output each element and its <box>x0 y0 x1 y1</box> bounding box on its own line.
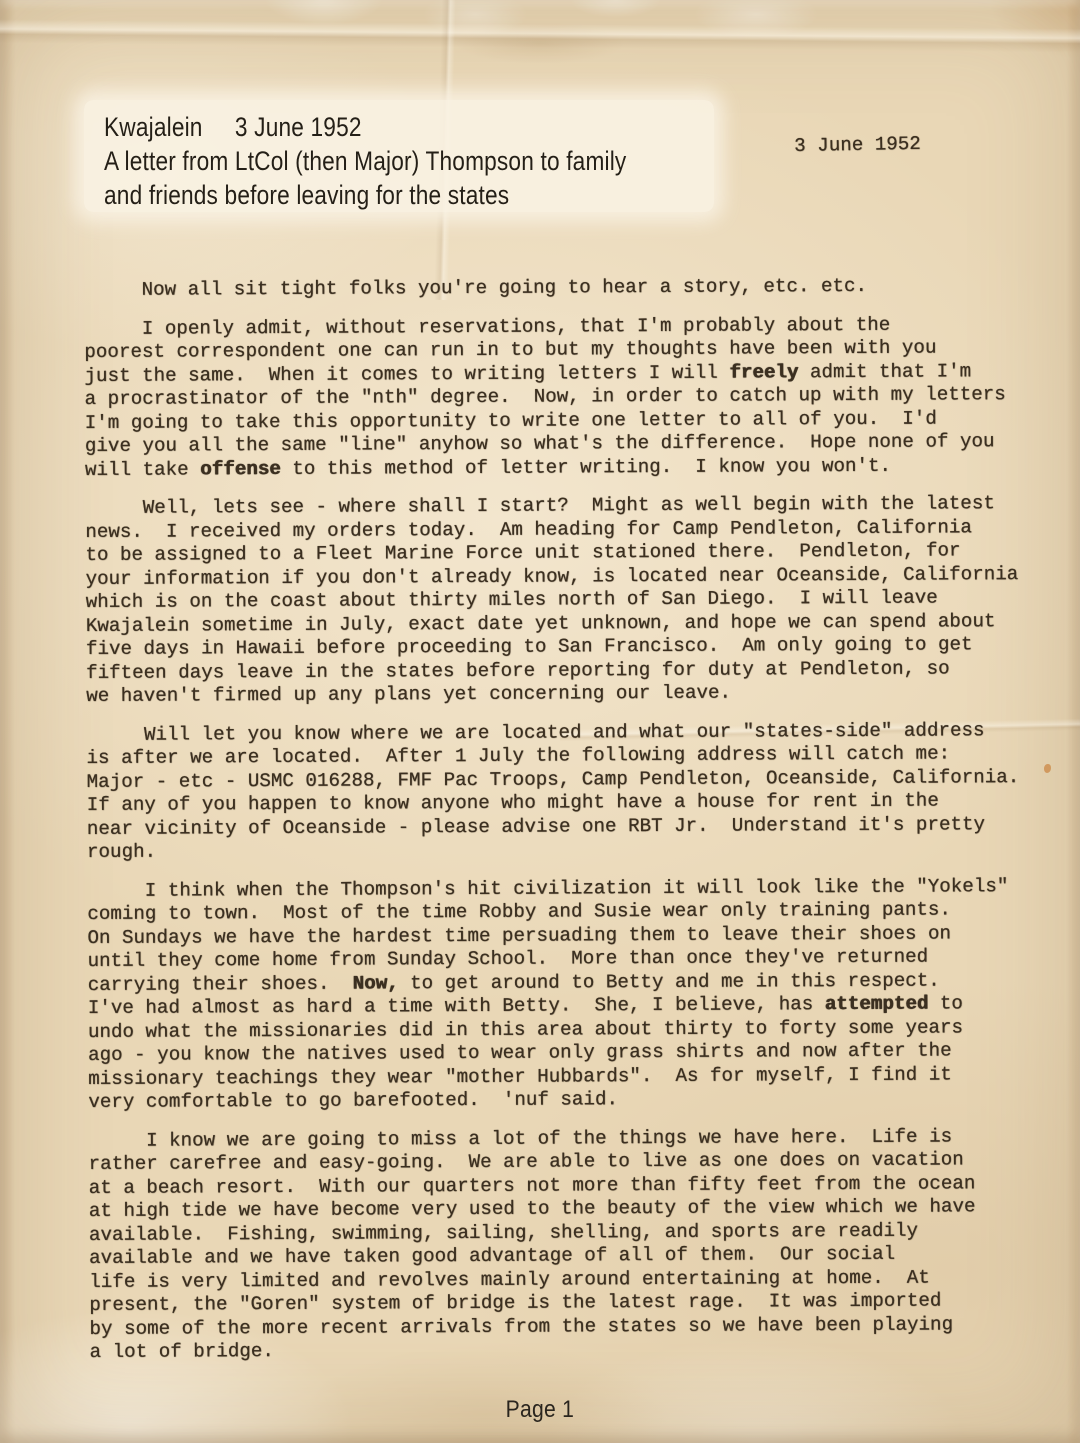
letter-text: Kwajalein sometime in July, exact date y… <box>86 610 996 637</box>
letter-text: Now all sit tight folks you're going to … <box>84 275 867 301</box>
letter-text: rough. <box>87 841 156 863</box>
letter-text: I think when the Thompson's hit civiliza… <box>87 875 1008 902</box>
scanned-letter-page: Kwajalein 3 June 1952 A letter from LtCo… <box>0 0 1080 1443</box>
letter-paragraph: Now all sit tight folks you're going to … <box>84 274 1034 302</box>
letter-text: to get around to Betty and me in this re… <box>399 969 940 994</box>
letter-text: to be assigned to a Fleet Marine Force u… <box>85 539 960 566</box>
letter-text: to <box>928 992 963 1014</box>
letter-paragraph: I know we are going to miss a lot of the… <box>88 1125 1039 1365</box>
letter-text: will take <box>85 458 200 481</box>
letter-text: at a beach resort. With our quarters not… <box>89 1172 976 1199</box>
typed-date: 3 June 1952 <box>794 133 921 157</box>
letter-text-overstrike: Now, <box>352 972 398 994</box>
letter-text: until they come home from Sunday School.… <box>88 946 929 972</box>
letter-text: coming to town. Most of the time Robby a… <box>87 898 951 925</box>
letter-body: Now all sit tight folks you're going to … <box>84 274 1040 1379</box>
letter-text: poorest correspondent one can run in to … <box>84 337 936 363</box>
letter-text: five days in Hawaii before proceeding to… <box>86 633 973 660</box>
letter-text: Well, lets see - where shall I start? Mi… <box>85 492 995 519</box>
letter-text: present, the "Goren" system of bridge is… <box>89 1290 941 1316</box>
letter-paragraph: Well, lets see - where shall I start? Mi… <box>85 492 1036 708</box>
letter-text-overstrike: freely <box>729 361 798 383</box>
caption-block: Kwajalein 3 June 1952 A letter from LtCo… <box>104 110 726 212</box>
letter-text: is after we are located. After 1 July th… <box>86 742 950 769</box>
letter-text: just the same. When it comes to writing … <box>84 361 729 386</box>
caption-line-3: and friends before leaving for the state… <box>104 178 626 212</box>
letter-text: undo what the missionaries did in this a… <box>88 1016 963 1043</box>
letter-line: available. Fishing, swimming, sailing, s… <box>89 1219 1039 1247</box>
letter-text: we haven't firmed up any plans yet conce… <box>86 682 731 707</box>
letter-paragraph: I openly admit, without reservations, th… <box>84 313 1035 482</box>
letter-text: a procrastinator of the "nth" degree. No… <box>85 383 1006 410</box>
letter-text: rather carefree and easy-going. We are a… <box>89 1148 964 1175</box>
letter-paragraph: I think when the Thompson's hit civiliza… <box>87 875 1038 1115</box>
letter-text: On Sundays we have the hardest time pers… <box>87 922 951 949</box>
letter-line: by some of the more recent arrivals from… <box>89 1313 1039 1341</box>
letter-text-overstrike: attempted <box>825 993 929 1016</box>
caption-highlight-band: Kwajalein 3 June 1952 A letter from LtCo… <box>84 100 714 212</box>
letter-text: by some of the more recent arrivals from… <box>89 1313 953 1340</box>
letter-text: available. Fishing, swimming, sailing, s… <box>89 1219 918 1245</box>
letter-line: rough. <box>87 836 1037 864</box>
letter-text: I openly admit, without reservations, th… <box>84 313 890 339</box>
letter-line: will take offense to this method of lett… <box>85 454 1035 482</box>
letter-line: we haven't firmed up any plans yet conce… <box>86 680 1036 708</box>
letter-text: Will let you know where we are located a… <box>86 719 984 746</box>
letter-line: Now all sit tight folks you're going to … <box>84 274 1034 302</box>
letter-text: at high tide we have become very used to… <box>89 1195 976 1222</box>
letter-text: carrying their shoes. <box>88 972 353 995</box>
paper-speck <box>1044 764 1051 773</box>
letter-line: very comfortable to go barefooted. 'nuf … <box>88 1086 1038 1114</box>
letter-line: a lot of bridge. <box>90 1336 1040 1364</box>
letter-text-overstrike: offense <box>200 457 281 479</box>
letter-text: Major - etc - USMC 016288, FMF Pac Troop… <box>87 766 1020 793</box>
letter-text: If any of you happen to know anyone who … <box>87 790 939 816</box>
page-footer: Page 1 <box>0 1396 1080 1424</box>
letter-line: near vicinity of Oceanside - please advi… <box>87 813 1037 841</box>
letter-text: near vicinity of Oceanside - please advi… <box>87 813 985 840</box>
letter-line: missionary teachings they wear "mother H… <box>88 1063 1038 1091</box>
letter-text: your information if you don't already kn… <box>86 563 1019 590</box>
letter-text: admit that I'm <box>798 360 971 383</box>
letter-text: news. I received my orders today. Am hea… <box>85 516 972 543</box>
letter-text: missionary teachings they wear "mother H… <box>88 1063 952 1090</box>
caption-line-1: Kwajalein 3 June 1952 <box>104 110 626 144</box>
letter-line: fifteen days leave in the states before … <box>86 657 1036 685</box>
page-number-label: Page 1 <box>506 1396 575 1424</box>
caption-line-2: A letter from LtCol (then Major) Thompso… <box>104 144 626 178</box>
letter-text: life is very limited and revolves mainly… <box>89 1266 930 1292</box>
letter-text: ago - you know the natives used to wear … <box>88 1039 952 1066</box>
letter-paragraph: Will let you know where we are located a… <box>86 719 1037 865</box>
letter-text: very comfortable to go barefooted. 'nuf … <box>88 1088 618 1113</box>
letter-text: I've had almost as hard a time with Bett… <box>88 993 825 1019</box>
letter-text: a lot of bridge. <box>90 1340 274 1363</box>
letter-text: I'm going to take this opportunity to wr… <box>85 407 937 433</box>
letter-text: fifteen days leave in the states before … <box>86 657 950 684</box>
paper-crease-top <box>0 19 1080 53</box>
letter-text: to this method of letter writing. I know… <box>281 454 891 479</box>
letter-line: give you all the same "line" anyhow so w… <box>85 430 1035 458</box>
letter-text: give you all the same "line" anyhow so w… <box>85 430 995 457</box>
letter-text: available and we have taken good advanta… <box>89 1243 895 1269</box>
letter-text: which is on the coast about thirty miles… <box>86 587 938 613</box>
letter-text: I know we are going to miss a lot of the… <box>88 1125 952 1152</box>
